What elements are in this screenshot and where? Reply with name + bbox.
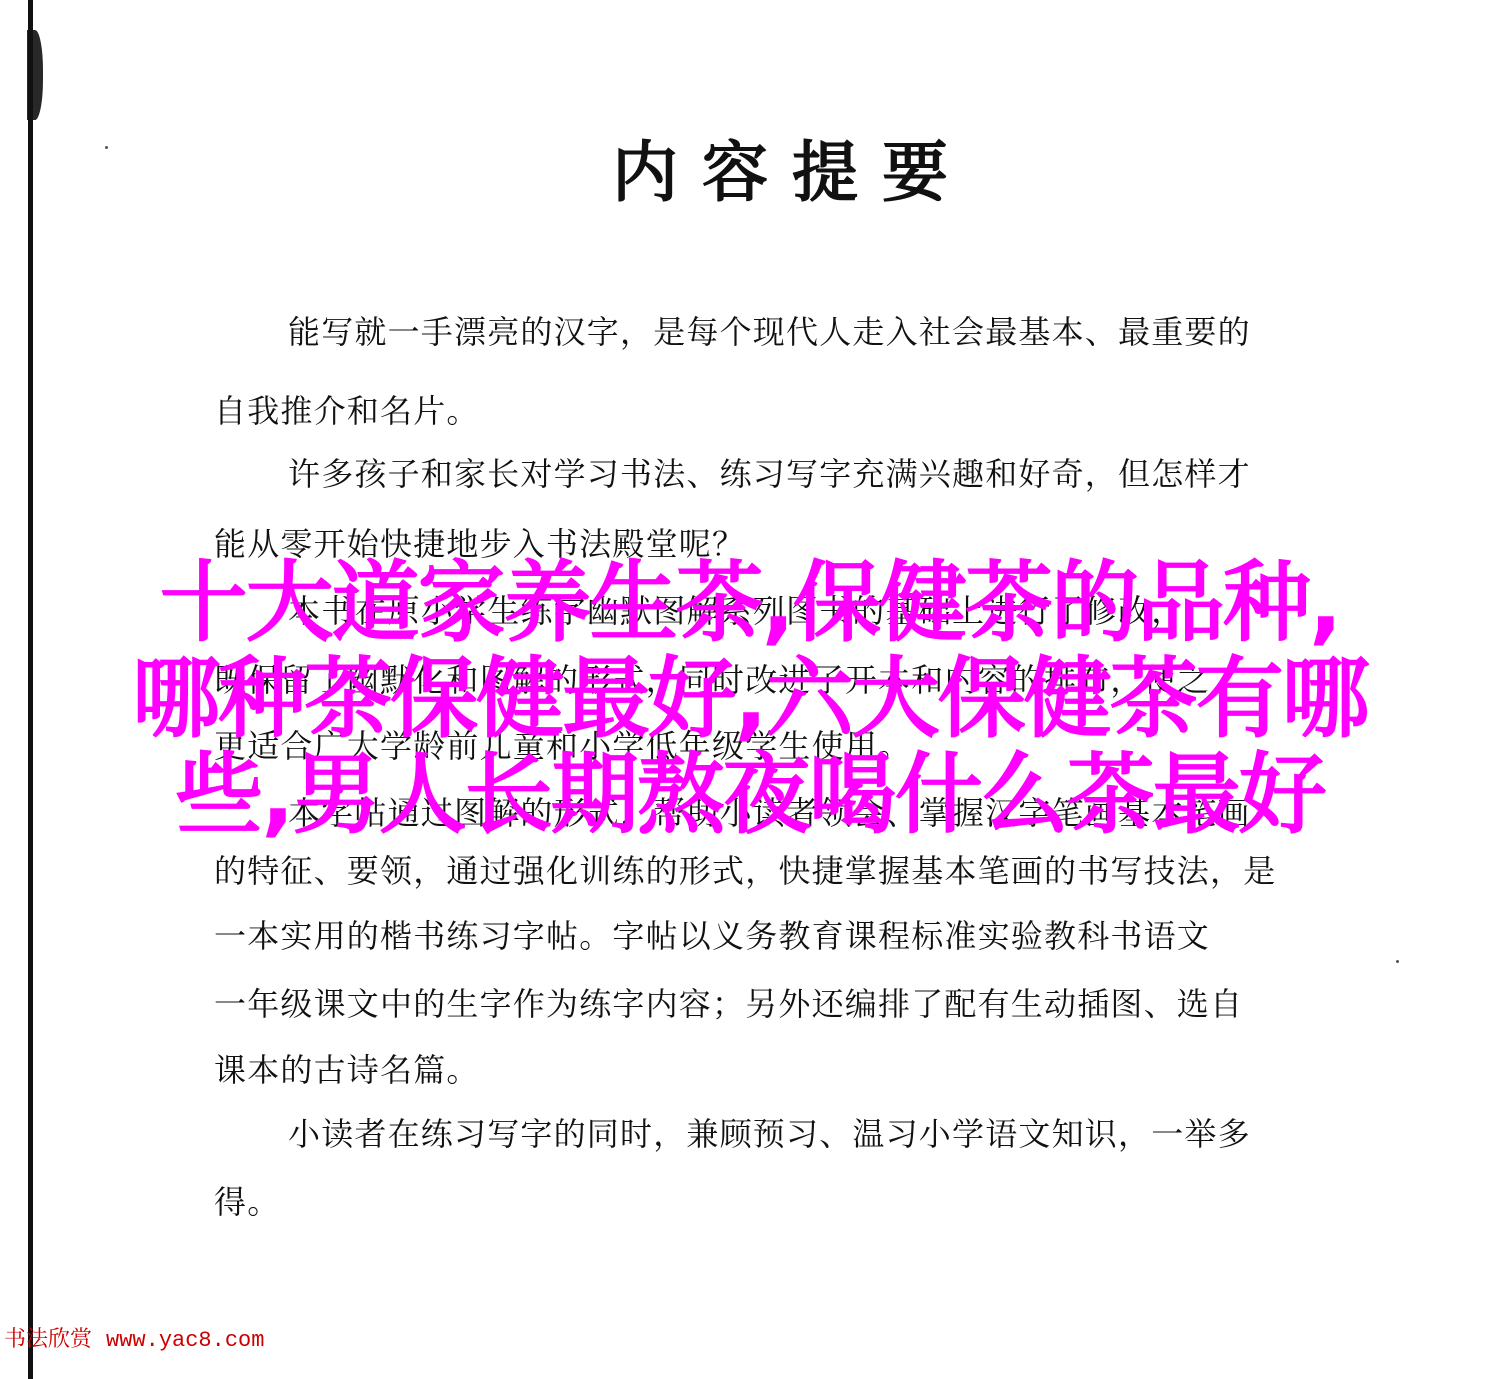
document-title: 内容提要	[612, 140, 972, 206]
scan-speck	[1396, 960, 1399, 963]
scan-speck	[105, 146, 108, 149]
watermark-label: 书法欣赏	[4, 1327, 92, 1352]
paragraph-1-line-1: 能写就一手漂亮的汉字，是每个现代人走入社会最基本、最重要的	[288, 316, 1251, 348]
paragraph-5-line-2: 得。	[214, 1186, 280, 1218]
paragraph-4-line-5: 课本的古诗名篇。	[214, 1054, 480, 1086]
binding-edge-smudge	[27, 30, 43, 120]
scanned-page: 内容提要 能写就一手漂亮的汉字，是每个现代人走入社会最基本、最重要的 自我推介和…	[0, 0, 1500, 1379]
headline-line-3: 些,男人长期熬夜喝什么茶最好	[0, 747, 1500, 843]
paragraph-2-line-1: 许多孩子和家长对学习书法、练习写字充满兴趣和好奇，但怎样才	[288, 458, 1251, 490]
watermark-url: www.yac8.com	[106, 1328, 264, 1353]
paragraph-4-line-3: 一本实用的楷书练习字帖。字帖以义务教育课程标准实验教科书语文	[214, 920, 1210, 952]
paragraph-1-line-2: 自我推介和名片。	[214, 395, 480, 427]
paragraph-4-line-4: 一年级课文中的生字作为练字内容；另外还编排了配有生动插图、选自	[214, 988, 1243, 1020]
paragraph-5-line-1: 小读者在练习写字的同时，兼顾预习、温习小学语文知识，一举多	[288, 1118, 1251, 1150]
headline-overlay: 十大道家养生茶,保健茶的品种, 哪种茶保健最好,六大保健茶有哪 些,男人长期熬夜…	[0, 555, 1500, 843]
headline-line-1: 十大道家养生茶,保健茶的品种,	[0, 555, 1500, 651]
headline-line-2: 哪种茶保健最好,六大保健茶有哪	[0, 651, 1500, 747]
paragraph-4-line-2: 的特征、要领，通过强化训练的形式，快捷掌握基本笔画的书写技法，是	[214, 855, 1276, 887]
site-watermark: 书法欣赏www.yac8.com	[4, 1322, 264, 1353]
